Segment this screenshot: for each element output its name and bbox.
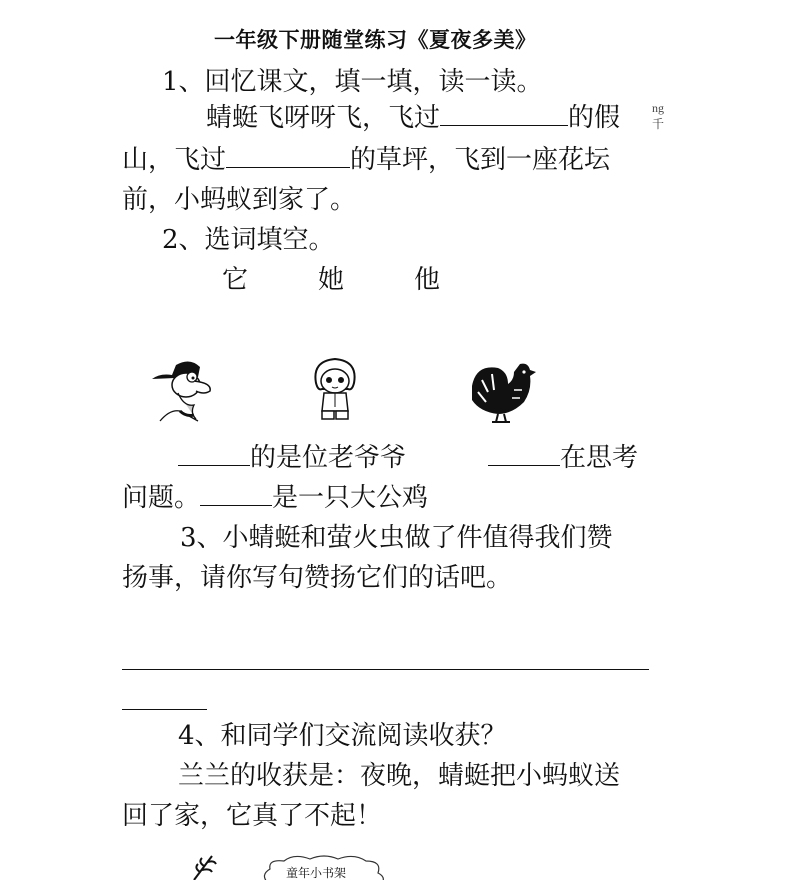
q2-sentence-row2: 问题。是一只大公鸡	[122, 478, 428, 518]
q2-sentence3: 是一只大公鸡	[272, 483, 428, 513]
fill-blank-4[interactable]	[488, 439, 560, 466]
margin-annotation-bottom: 千	[652, 116, 664, 132]
word-choices: 它她他	[222, 260, 440, 300]
rooster-picture	[468, 360, 540, 426]
fill-blank-2[interactable]	[226, 141, 350, 168]
q2-sentence2-row: 在思考	[488, 438, 638, 478]
worksheet-title: 一年级下册随堂练习《夏夜多美》	[214, 24, 537, 54]
answer-line-1[interactable]	[122, 669, 649, 670]
q1-line2: 山，飞过的草坪，飞到一座花坛	[122, 140, 610, 180]
leaf-branch-icon	[190, 852, 230, 880]
q1-line2-text-b: 的草坪，飞到一座花坛	[350, 145, 610, 175]
q3-line2: 扬事，请你写句赞扬它们的话吧。	[122, 558, 512, 598]
cloud-label: 童年小书架	[286, 864, 346, 880]
q1-line2-text-a: 山，飞过	[122, 145, 226, 175]
q4-line1: 兰兰的收获是：夜晚，蜻蜓把小蚂蚁送	[178, 756, 620, 796]
q1-line1-text-b: 的假	[568, 103, 620, 133]
margin-annotation-top: ng	[652, 100, 664, 116]
q2-sentence2: 在思考	[560, 443, 638, 473]
answer-line-2[interactable]	[122, 709, 207, 710]
q1-line3: 前，小蚂蚁到家了。	[122, 180, 356, 220]
q4-heading: 4、和同学们交流阅读收获？	[178, 716, 507, 756]
word-choice-she: 她	[318, 260, 414, 300]
q1-line1: 蜻蜓飞呀呀飞，飞过的假	[206, 98, 620, 138]
word-choice-it: 它	[222, 260, 318, 300]
fill-blank-1[interactable]	[440, 99, 568, 126]
q2-sentence-row1: 的是位老爷爷	[178, 438, 406, 478]
q3-line1: 3、小蜻蜓和萤火虫做了件值得我们赞	[180, 518, 613, 558]
q2-sentence1: 的是位老爷爷	[250, 443, 406, 473]
cloud-label-box: 童年小书架	[258, 855, 388, 880]
girl-picture	[310, 355, 360, 425]
q1-line1-text-a: 蜻蜓飞呀呀飞，飞过	[206, 103, 440, 133]
margin-annotation: ng 千	[652, 100, 664, 132]
fill-blank-3[interactable]	[178, 439, 250, 466]
q1-heading: 1、回忆课文，填一填，读一读。	[162, 62, 543, 102]
q2-sentence2-cont: 问题。	[122, 483, 200, 513]
old-man-picture	[150, 355, 220, 427]
q2-heading: 2、选词填空。	[162, 220, 335, 260]
q4-line2: 回了家，它真了不起！	[122, 796, 382, 836]
word-choice-he: 他	[414, 260, 440, 300]
fill-blank-5[interactable]	[200, 479, 272, 506]
